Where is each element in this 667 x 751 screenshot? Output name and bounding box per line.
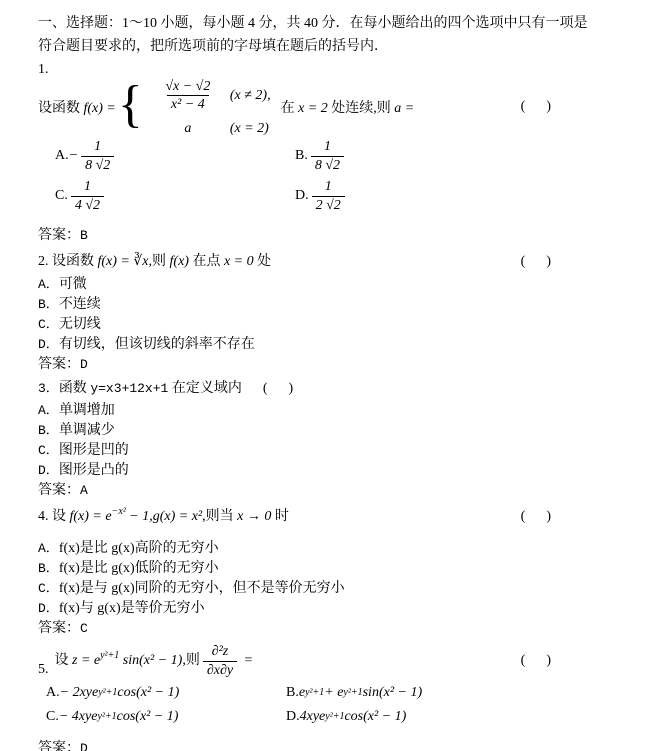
section-header: 一、选择题：1～10 小题，每小题 4 分，共 40 分．在每小题给出的四个选项… [38, 12, 637, 58]
q1-case-1-fraction: √x − √2 x² − 4 [161, 78, 214, 114]
q1-option-c: C. 14 √2 [55, 178, 295, 214]
q1-case-2-condition: (x = 2) [230, 121, 269, 137]
q1-suffix-text: 在 x = 2 处连续,则 a = [281, 97, 415, 117]
q2-options: A．可微 B．不连续 C．无切线 D．有切线，但该切线的斜率不存在 [38, 275, 637, 355]
q4-answer: 答案：C [38, 619, 637, 639]
q4-option-a: A．f(x)是比 g(x)高阶的无穷小 [38, 539, 637, 559]
q5-title: 5. 设 z = ey²+1 sin(x² − 1),则∂²z∂x∂y = ( … [38, 643, 637, 679]
q1-answer: 答案：B [38, 226, 637, 246]
q1-case-1-numerator: √x − √2 [161, 78, 214, 96]
q3-title: 3．函数 y=x3+12x+1 在定义域内 ( ) [38, 379, 637, 399]
q4-option-c: C．f(x)是与 g(x)同阶的无穷小，但不是等价无穷小 [38, 579, 637, 599]
q1-case-1-condition: (x ≠ 2), [230, 88, 271, 104]
q4-title: 4. 设 f(x) = e−x² − 1,g(x) = x²,则当 x → 0 … [38, 507, 637, 527]
q5-option-a: A. − 2xyey²+1 cos(x² − 1) [46, 683, 286, 703]
q1-case-1: √x − √2 x² − 4 (x ≠ 2), [146, 78, 271, 114]
q5-option-b: B. ey²+1 + ey²+1 sin(x² − 1) [286, 683, 422, 703]
q3-option-a: A．单调增加 [38, 401, 637, 421]
q2-option-b: B．不连续 [38, 295, 637, 315]
q2-title-text: 2. 设函数 f(x) = ∛x,则 f(x) 在点 x = 0 处 [38, 252, 271, 272]
q2-option-c: C．无切线 [38, 315, 637, 335]
q1-case-1-denominator: x² − 4 [167, 95, 209, 114]
q2-option-d: D．有切线，但该切线的斜率不存在 [38, 335, 637, 355]
exam-document: 一、选择题：1～10 小题，每小题 4 分，共 40 分．在每小题给出的四个选项… [0, 0, 667, 751]
q1-option-b: B. 18 √2 [295, 138, 348, 174]
q3-option-c: C．图形是凹的 [38, 441, 637, 461]
q2-answer-bracket: ( ) [521, 252, 551, 272]
q3-answer: 答案：A [38, 481, 637, 501]
q5-options: A. − 2xyey²+1 cos(x² − 1) B. ey²+1 + ey²… [46, 683, 422, 727]
q1-options: A. − 18 √2 B. 18 √2 C. 14 √2 D. 12 √2 [55, 138, 348, 214]
q2-answer: 答案：D [38, 355, 637, 375]
q4-option-d: D．f(x)与 g(x)是等价无穷小 [38, 599, 637, 619]
q4-option-b: B．f(x)是比 g(x)低阶的无穷小 [38, 559, 637, 579]
q5-formula: 设 z = ey²+1 sin(x² − 1),则∂²z∂x∂y = [55, 643, 254, 679]
header-line-1: 一、选择题：1～10 小题，每小题 4 分，共 40 分．在每小题给出的四个选项… [38, 12, 637, 35]
q4-options: A．f(x)是比 g(x)高阶的无穷小 B．f(x)是比 g(x)低阶的无穷小 … [38, 539, 637, 619]
q5-answer: 答案：D [38, 739, 637, 751]
q1-answer-bracket: ( ) [521, 99, 551, 115]
q2-title: 2. 设函数 f(x) = ∛x,则 f(x) 在点 x = 0 处 ( ) [38, 252, 637, 272]
q5-option-d: D. 4xyey²+1 cos(x² − 1) [286, 707, 422, 727]
q3-option-d: D．图形是凸的 [38, 461, 637, 481]
q5-answer-bracket: ( ) [521, 653, 551, 669]
q1-intro-text: 设函数 f(x) = [38, 97, 116, 117]
q1-formula: 设函数 f(x) = { √x − √2 x² − 4 (x ≠ 2), a (… [38, 80, 637, 134]
q4-title-text: 4. 设 f(x) = e−x² − 1,g(x) = x²,则当 x → 0 … [38, 507, 289, 527]
q1-case-2: a (x = 2) [146, 121, 271, 137]
q5-number: 5. [38, 661, 49, 679]
q3-options: A．单调增加 B．单调减少 C．图形是凹的 D．图形是凸的 [38, 401, 637, 481]
q1-option-a: A. − 18 √2 [55, 138, 295, 174]
q4-answer-bracket: ( ) [521, 507, 551, 527]
header-line-2: 符合题目要求的，把所选项前的字母填在题后的括号内． [38, 35, 637, 58]
q1-option-d: D. 12 √2 [295, 178, 348, 214]
q3-option-b: B．单调减少 [38, 421, 637, 441]
piecewise-brace: { [118, 79, 143, 131]
q5-option-c: C. − 4xyey²+1 cos(x² − 1) [46, 707, 286, 727]
q2-option-a: A．可微 [38, 275, 637, 295]
q1-case-1-value: √x − √2 x² − 4 [146, 78, 230, 114]
q1-case-2-value: a [146, 121, 230, 137]
q1-piecewise-cases: √x − √2 x² − 4 (x ≠ 2), a (x = 2) [146, 78, 271, 137]
